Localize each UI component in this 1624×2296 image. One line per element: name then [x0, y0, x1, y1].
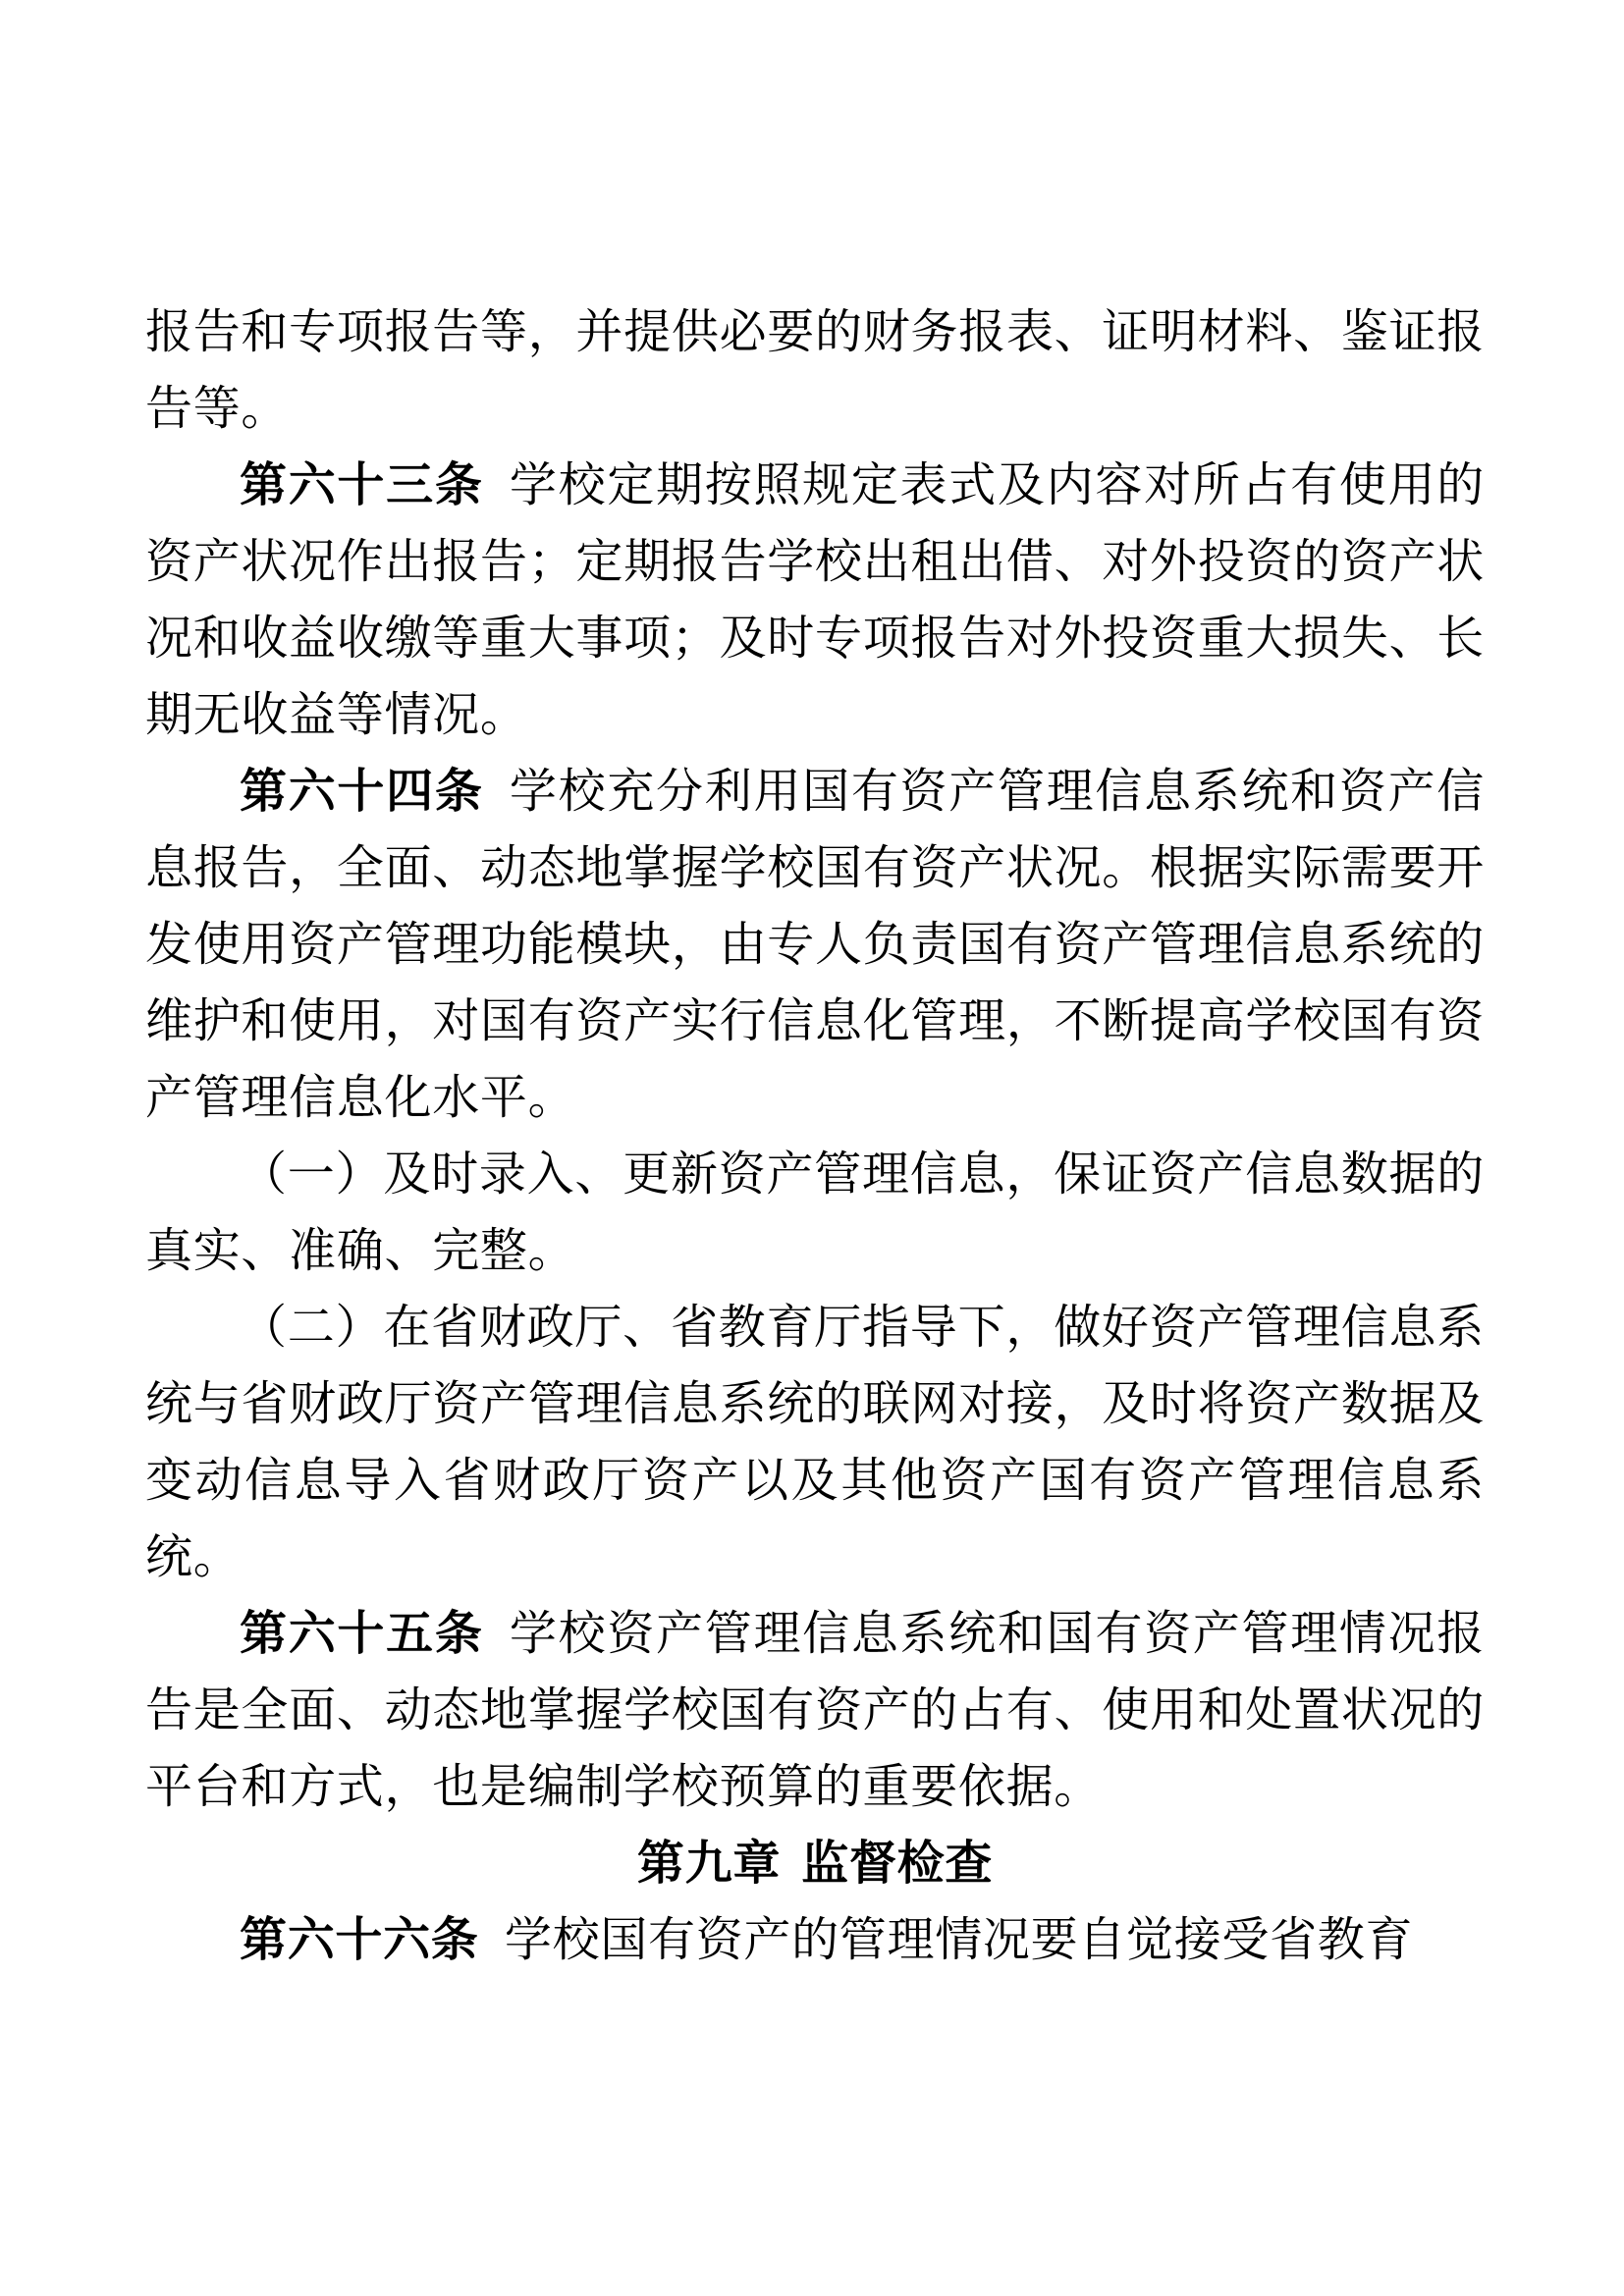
- article-number: 第六十三条: [240, 459, 484, 511]
- paragraph-text: 学校充分利用国有资产管理信息系统和资产信息报告，全面、动态地掌握学校国有资产状况…: [145, 766, 1485, 1124]
- paragraph-item-1: （一）及时录入、更新资产管理信息，保证资产信息数据的真实、准确、完整。: [145, 1137, 1485, 1290]
- paragraph-text: 学校国有资产的管理情况要自觉接受省教育: [505, 1914, 1413, 1966]
- article-number: 第六十四条: [240, 766, 484, 818]
- paragraph-article-63: 第六十三条学校定期按照规定表式及内容对所占有使用的资产状况作出报告；定期报告学校…: [145, 448, 1485, 754]
- paragraph-item-2: （二）在省财政厅、省教育厅指导下，做好资产管理信息系统与省财政厅资产管理信息系统…: [145, 1290, 1485, 1596]
- paragraph-text: （二）在省财政厅、省教育厅指导下，做好资产管理信息系统与省财政厅资产管理信息系统…: [145, 1302, 1485, 1583]
- paragraph-article-66: 第六十六条学校国有资产的管理情况要自觉接受省教育: [145, 1902, 1485, 1979]
- document-body: 报告和专项报告等，并提供必要的财务报表、证明材料、鉴证报告等。 第六十三条学校定…: [145, 0, 1485, 1979]
- article-number: 第六十五条: [240, 1608, 484, 1660]
- paragraph-article-64: 第六十四条学校充分利用国有资产管理信息系统和资产信息报告，全面、动态地掌握学校国…: [145, 754, 1485, 1137]
- paragraph-text: 报告和专项报告等，并提供必要的财务报表、证明材料、鉴证报告等。: [145, 306, 1485, 435]
- article-number: 第六十六条: [240, 1914, 479, 1966]
- paragraph-article-65: 第六十五条学校资产管理信息系统和国有资产管理情况报告是全面、动态地掌握学校国有资…: [145, 1596, 1485, 1826]
- document-page: { "page": { "background_color": "#ffffff…: [0, 0, 1624, 2296]
- paragraph-text: （一）及时录入、更新资产管理信息，保证资产信息数据的真实、准确、完整。: [145, 1148, 1485, 1277]
- paragraph-continuation: 报告和专项报告等，并提供必要的财务报表、证明材料、鉴证报告等。: [145, 294, 1485, 448]
- chapter-heading: 第九章 监督检查: [145, 1826, 1485, 1902]
